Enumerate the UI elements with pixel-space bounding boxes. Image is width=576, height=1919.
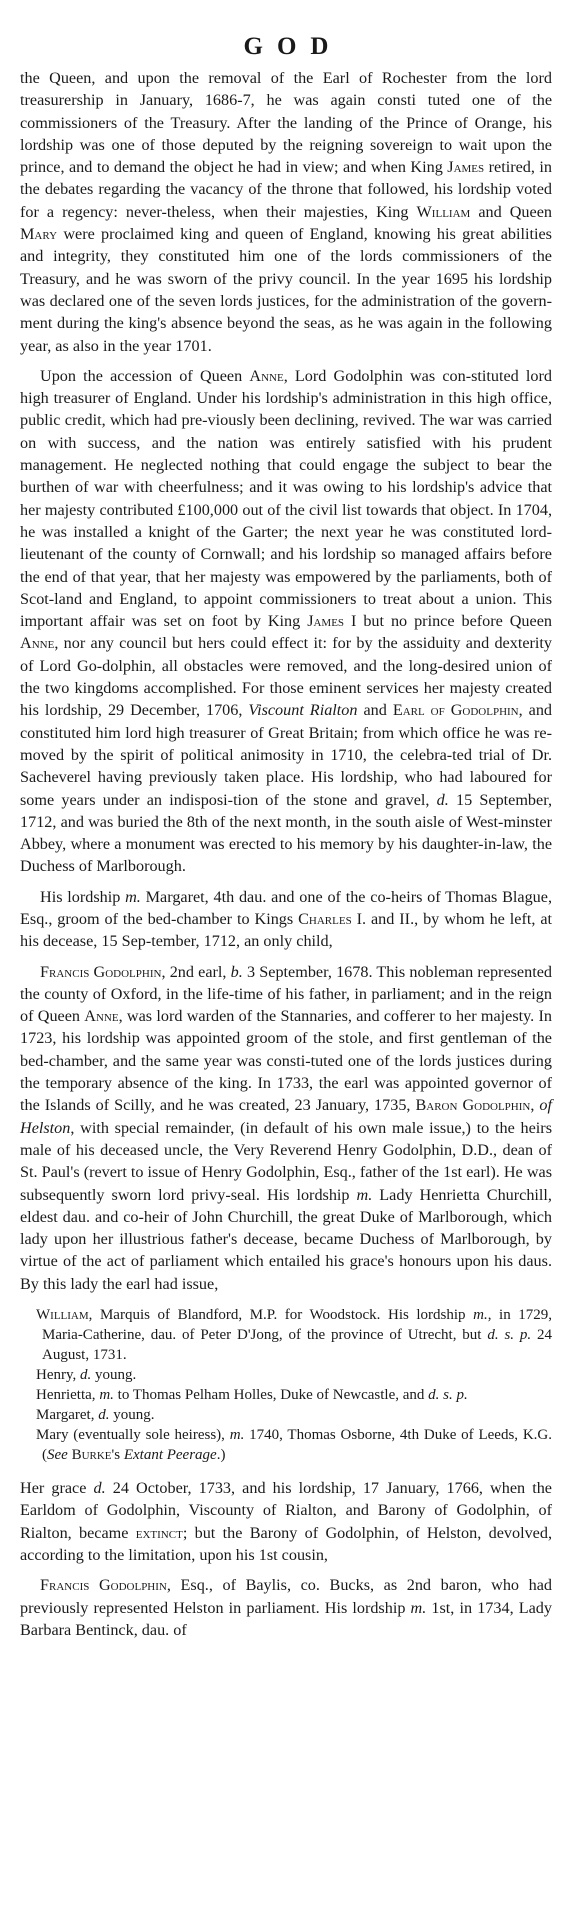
document-page: GOD the Queen, and upon the removal of t… <box>20 0 552 1641</box>
small-caps-name: extinct <box>136 1524 183 1542</box>
text-run: and <box>357 701 392 719</box>
text-run: Henry, <box>36 1367 80 1383</box>
italic-text: d. s. p. <box>428 1387 468 1403</box>
paragraph-p1: the Queen, and upon the removal of the E… <box>20 67 552 357</box>
text-run: 's <box>112 1447 124 1463</box>
text-run: were proclaimed king and queen of Englan… <box>20 225 552 354</box>
text-run: I but no prince before Queen <box>344 612 552 630</box>
issue-list-item: Margaret, d. young. <box>36 1405 552 1425</box>
text-run: and Queen <box>470 203 552 221</box>
issue-list: William, Marquis of Blandford, M.P. for … <box>36 1305 552 1465</box>
paragraph-p4: Francis Godolphin, 2nd earl, b. 3 Septem… <box>20 961 552 1295</box>
italic-text: m. <box>473 1307 488 1323</box>
italic-text: Extant Peerage <box>124 1447 217 1463</box>
text-run: His lordship <box>40 888 125 906</box>
text-run: young. <box>109 1407 154 1423</box>
text-run: young. <box>91 1367 136 1383</box>
small-caps-name: Anne <box>249 367 283 385</box>
body-text-bottom: Her grace d. 24 October, 1733, and his l… <box>20 1477 552 1641</box>
italic-text: d. <box>437 791 449 809</box>
body-text-top: the Queen, and upon the removal of the E… <box>20 67 552 1295</box>
italic-text: m. <box>357 1186 373 1204</box>
small-caps-name: Charles <box>298 910 352 928</box>
text-run: , 2nd earl, <box>161 963 230 981</box>
small-caps-name: Francis Godolphin <box>40 1576 167 1594</box>
text-run: , Lord Godolphin was con-stituted lord h… <box>20 367 552 630</box>
italic-text: d. <box>80 1367 91 1383</box>
text-run: Upon the accession of Queen <box>40 367 249 385</box>
issue-list-item: William, Marquis of Blandford, M.P. for … <box>36 1305 552 1365</box>
italic-text: See <box>47 1447 68 1463</box>
small-caps-name: Anne <box>20 634 54 652</box>
italic-text: m. <box>411 1599 427 1617</box>
small-caps-name: Francis Godolphin <box>40 963 161 981</box>
small-caps-name: James <box>447 158 484 176</box>
small-caps-name: Burke <box>72 1447 112 1463</box>
text-run: Her grace <box>20 1479 94 1497</box>
italic-text: m. <box>99 1387 114 1403</box>
paragraph-p3: His lordship m. Margaret, 4th dau. and o… <box>20 886 552 953</box>
text-run: , Marquis of Blandford, M.P. for Woodsto… <box>89 1307 473 1323</box>
paragraph-p5: Her grace d. 24 October, 1733, and his l… <box>20 1477 552 1566</box>
text-run: Henrietta, <box>36 1387 99 1403</box>
issue-list-item: Henrietta, m. to Thomas Pelham Holles, D… <box>36 1385 552 1405</box>
paragraph-p6: Francis Godolphin, Esq., of Baylis, co. … <box>20 1574 552 1641</box>
italic-text: Viscount Rialton <box>248 701 357 719</box>
text-run: .) <box>217 1447 226 1463</box>
italic-text: d. s. p. <box>487 1327 531 1343</box>
issue-list-item: Mary (eventually sole heiress), m. 1740,… <box>36 1425 552 1465</box>
text-run: Mary (eventually sole heiress), <box>36 1427 230 1443</box>
small-caps-name: Mary <box>20 225 57 243</box>
text-run: to Thomas Pelham Holles, Duke of Newcast… <box>114 1387 428 1403</box>
italic-text: m. <box>125 888 141 906</box>
small-caps-name: William <box>417 203 471 221</box>
italic-text: d. <box>94 1479 106 1497</box>
text-run: Margaret, <box>36 1407 98 1423</box>
italic-text: b. <box>231 963 243 981</box>
small-caps-name: William <box>36 1307 89 1323</box>
running-head: GOD <box>20 0 552 64</box>
small-caps-name: James <box>307 612 344 630</box>
paragraph-p2: Upon the accession of Queen Anne, Lord G… <box>20 365 552 878</box>
italic-text: d. <box>98 1407 109 1423</box>
small-caps-name: Earl of Godolphin <box>393 701 519 719</box>
italic-text: m. <box>230 1427 245 1443</box>
small-caps-name: Baron Godolphin <box>415 1096 530 1114</box>
small-caps-name: Anne <box>84 1007 118 1025</box>
issue-list-item: Henry, d. young. <box>36 1365 552 1385</box>
